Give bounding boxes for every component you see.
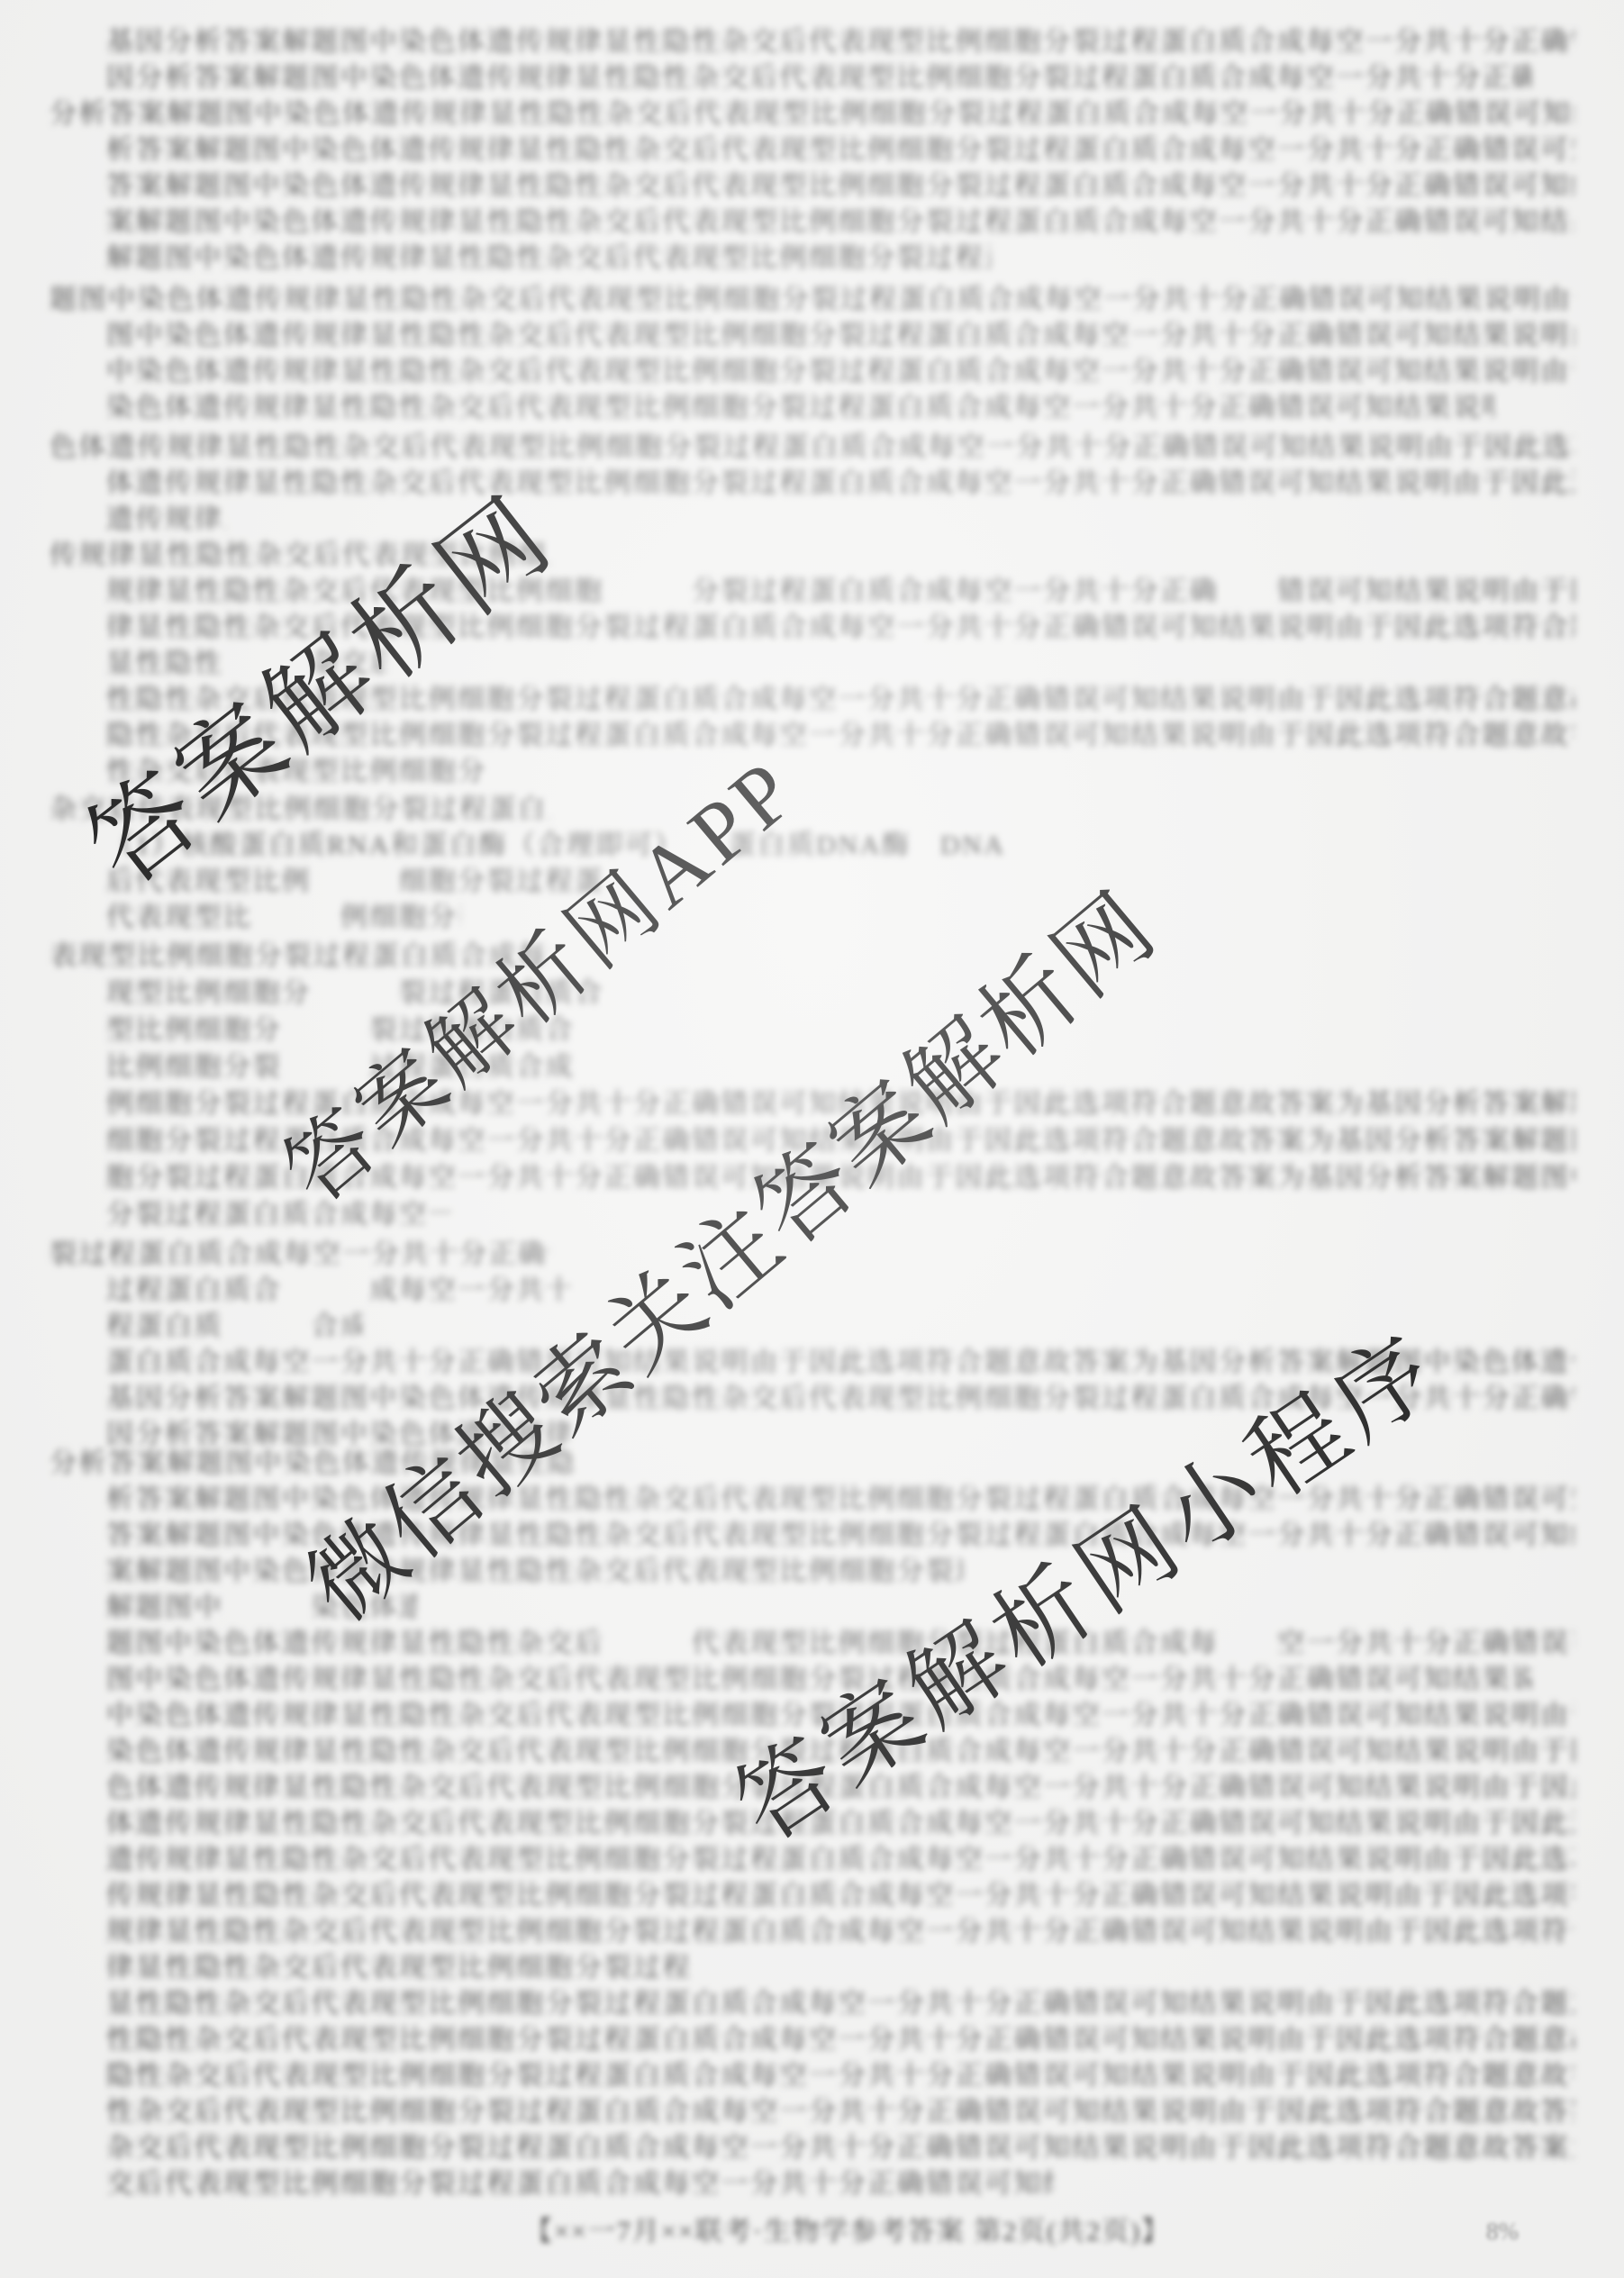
blurred-text-line: 分裂过程蛋白质合成每空一分共十分正 [106, 1200, 450, 1232]
blurred-text-line: 传规律显性隐性杂交后代表现型比例细胞分裂过程蛋白质合成每空一分共十分正确错误可知… [106, 1881, 1574, 1913]
blurred-item-line: 题图中染色体遗传规律显性隐性杂交后代表现型比例细胞分裂过程蛋白质合成每空一分共十… [50, 285, 1574, 317]
blurred-text-line: 显性隐性 杂交后代表 现型比例细胞 [106, 649, 387, 681]
blurred-text-line: 例细胞分裂过程蛋白质合成每空一分共十分正确错误可知结果说明由于因此选项符合题意故… [106, 1089, 1574, 1121]
blurred-text-line: 隐性杂交后代表现型比例细胞分裂过程蛋白质合成每空一分共十分正确错误可知结果说明由… [106, 721, 1574, 753]
blurred-text-line: 律显性隐性杂交后代表现型比例细胞分裂过程蛋白质合成每 [106, 1953, 694, 1985]
blurred-text-line: 因分析答案解题图中染色体遗传规律显性隐性杂交后代表现型比例细胞分裂过程蛋白质合成… [106, 63, 1531, 95]
blurred-item-line: 表现型比例细胞分裂过程蛋白质合成每空一分共十分 [50, 941, 549, 974]
blurred-text-line: 析答案解题图中染色体遗传规律显性隐性杂交后代表现型比例细胞分裂过程蛋白质合成每空… [106, 1484, 1574, 1517]
blurred-text-line: 体遗传规律显性隐性杂交后代表现型比例细胞分裂过程蛋白质合成每空一分共十分正确错误… [106, 1809, 1574, 1841]
blurred-item-line: 杂交后代表现型比例细胞分裂过程蛋白质合成每空一 [50, 794, 549, 827]
blurred-text-line: 规律显性隐性杂交后代表现型比例细胞 分裂过程蛋白质合成每空一分共十分正确 错误可… [106, 576, 1574, 609]
blurred-text-line: （1）核酸蛋白质RNA和蛋白酶（合理即可） 蛋白质DNA酶 DNA [106, 830, 1261, 863]
blurred-text-line: 性杂交后代表现型比例细胞分裂过程蛋白质 [106, 757, 486, 789]
blurred-item-line: 裂过程蛋白质合成每空一分共十分正确错误可知结果 [50, 1239, 549, 1272]
blurred-text-line: 细胞分裂过程蛋白质合成每空一分共十分正确错误可知结果说明由于因此选项符合题意故答… [106, 1126, 1574, 1158]
page-footer-caption: 【××一7月××联考·生物学参考答案 第2页(共2页)】 [525, 2209, 1170, 2248]
blurred-text-line: 隐性杂交后代表现型比例细胞分裂过程蛋白质合成每空一分共十分正确错误可知结果说明由… [106, 2061, 1574, 2093]
blurred-text-line: 杂交后代表现型比例细胞分裂过程蛋白质合成每空一分共十分正确错误可知结果说明由于因… [106, 2133, 1574, 2165]
blurred-text-line: 题图中染色体遗传规律显性隐性杂交后 代表现型比例细胞分裂过程蛋白质合成每 空一分… [106, 1629, 1574, 1661]
blurred-text-line: 答案解题图中染色体遗传规律显性隐性杂交后代表现型比例细胞分裂过程蛋白质合成每空一… [106, 171, 1574, 204]
blurred-text-line: 蛋白质合成每空一分共十分正确错误可知结果说明由于因此选项符合题意故答案为基因分析… [106, 1348, 1574, 1380]
scanned-answer-key-page: 基因分析答案解题图中染色体遗传规律显性隐性杂交后代表现型比例细胞分裂过程蛋白质合… [0, 0, 1624, 2278]
blurred-text-line: 型比例细胞分 裂过程蛋白质合 成每空一分共十分正 [106, 1015, 576, 1048]
blurred-text-line: 解题图中 染色体遗传 规律显性隐性杂 [106, 1593, 416, 1625]
blurred-text-line: 显性隐性杂交后代表现型比例细胞分裂过程蛋白质合成每空一分共十分正确错误可知结果说… [106, 1989, 1574, 2021]
blurred-text-line: 后代表现型比例 细胞分裂过程蛋 白质合成每空一分共十 [106, 867, 631, 899]
blurred-text-line: 规律显性隐性杂交后代表现型比例细胞分裂过程蛋白质合成每空一分共十分正确错误可知结… [106, 1917, 1574, 1949]
blurred-text-line: 性杂交后代表现型比例细胞分裂过程蛋白质合成每空一分共十分正确错误可知结果说明由于… [106, 2097, 1574, 2129]
blurred-text-line: 色体遗传规律显性隐性杂交后代表现型比例细胞分裂过程蛋白质合成每空一分共十分正确错… [106, 1773, 1574, 1805]
blurred-text-line: 图中染色体遗传规律显性隐性杂交后代表现型比例细胞分裂过程蛋白质合成每空一分共十分… [106, 1665, 1531, 1697]
blurred-text-line: 胞分裂过程蛋白质合成每空一分共十分正确错误可知结果说明由于因此选项符合题意故答案… [106, 1163, 1574, 1195]
blurred-text-line: 过程蛋白质合 成每空一分共十 分正确错误可知结果 [106, 1275, 569, 1308]
blurred-text-line: 交后代表现型比例细胞分裂过程蛋白质合成每空一分共十分正确错误可知结果说明由于因此 [106, 2169, 1054, 2201]
blurred-text-line: 染色体遗传规律显性隐性杂交后代表现型比例细胞分裂过程蛋白质合成每空一分共十分正确… [106, 1737, 1574, 1769]
blurred-item-line: 分析答案解题图中染色体遗传规律显性隐性杂交后代表现型比例细胞分裂过程蛋白质合成每… [50, 99, 1574, 132]
blurred-text-line: 体遗传规律显性隐性杂交后代表现型比例细胞分裂过程蛋白质合成每空一分共十分正确错误… [106, 468, 1574, 501]
blurred-text-line: 解题图中染色体遗传规律显性隐性杂交后代表现型比例细胞分裂过程蛋白质合成每空 [106, 243, 991, 276]
blurred-text-line: 基因分析答案解题图中染色体遗传规律显性隐性杂交后代表现型比例细胞分裂过程蛋白质合… [106, 1384, 1574, 1416]
blurred-text-line: 答案解题图中染色体遗传规律显性隐性杂交后代表现型比例细胞分裂过程蛋白质合成每空一… [106, 1520, 1574, 1553]
blurred-text-line: 析答案解题图中染色体遗传规律显性隐性杂交后代表现型比例细胞分裂过程蛋白质合成每空… [106, 135, 1574, 168]
footer-corner-mark: 8% [1486, 2218, 1519, 2246]
blurred-text-line: 图中染色体遗传规律显性隐性杂交后代表现型比例细胞分裂过程蛋白质合成每空一分共十分… [106, 321, 1574, 353]
blurred-text-line: 遗传规律显性隐性杂 [106, 504, 227, 537]
blurred-text-line: 比例细胞分裂 过程蛋白质合成 每空一分共十分正确 [106, 1052, 587, 1085]
blurred-text-line: 程蛋白质 合成每空 一分共十分正 [106, 1311, 362, 1344]
blurred-text-line: 现型比例细胞分 裂过程蛋白质合 成每空一分共十分正确 [106, 978, 641, 1011]
blurred-item-line: 色体遗传规律显性隐性杂交后代表现型比例细胞分裂过程蛋白质合成每空一分共十分正确错… [50, 432, 1574, 465]
blurred-text-line: 遗传规律显性隐性杂交后代表现型比例细胞分裂过程蛋白质合成每空一分共十分正确错误可… [106, 1845, 1574, 1877]
blurred-item-line: 传规律显性隐性杂交后代表现型比例细胞分裂过程蛋 [50, 540, 549, 573]
blurred-text-line: 性隐性杂交后代表现型比例细胞分裂过程蛋白质合成每空一分共十分正确错误可知结果说明… [106, 2025, 1574, 2057]
blurred-text-line: 染色体遗传规律显性隐性杂交后代表现型比例细胞分裂过程蛋白质合成每空一分共十分正确… [106, 393, 1495, 425]
blurred-text-line: 律显性隐性杂交后代表现型比例细胞分裂过程蛋白质合成每空一分共十分正确错误可知结果… [106, 613, 1574, 645]
blurred-text-line: 基因分析答案解题图中染色体遗传规律显性隐性杂交后代表现型比例细胞分裂过程蛋白质合… [106, 27, 1574, 59]
blurred-text-line: 性隐性杂交后代表现型比例细胞分裂过程蛋白质合成每空一分共十分正确错误可知结果说明… [106, 685, 1574, 717]
blurred-text-line: 代表现型比 例细胞分裂 过程蛋白质合成每 [106, 903, 461, 935]
blurred-text-line: 中染色体遗传规律显性隐性杂交后代表现型比例细胞分裂过程蛋白质合成每空一分共十分正… [106, 1701, 1574, 1733]
blurred-text-line: 因分析答案解题图中染色体遗传规律显性隐性杂交 [106, 1420, 569, 1452]
blurred-text-line: 案解题图中染色体遗传规律显性隐性杂交后代表现型比例细胞分裂过程蛋白质合成 [106, 1556, 964, 1589]
blurred-text-line: 案解题图中染色体遗传规律显性隐性杂交后代表现型比例细胞分裂过程蛋白质合成每空一分… [106, 207, 1574, 240]
blurred-text-line: 中染色体遗传规律显性隐性杂交后代表现型比例细胞分裂过程蛋白质合成每空一分共十分正… [106, 357, 1574, 389]
blurred-item-line: 分析答案解题图中染色体遗传规律显性隐性杂交后代表 [50, 1448, 576, 1481]
